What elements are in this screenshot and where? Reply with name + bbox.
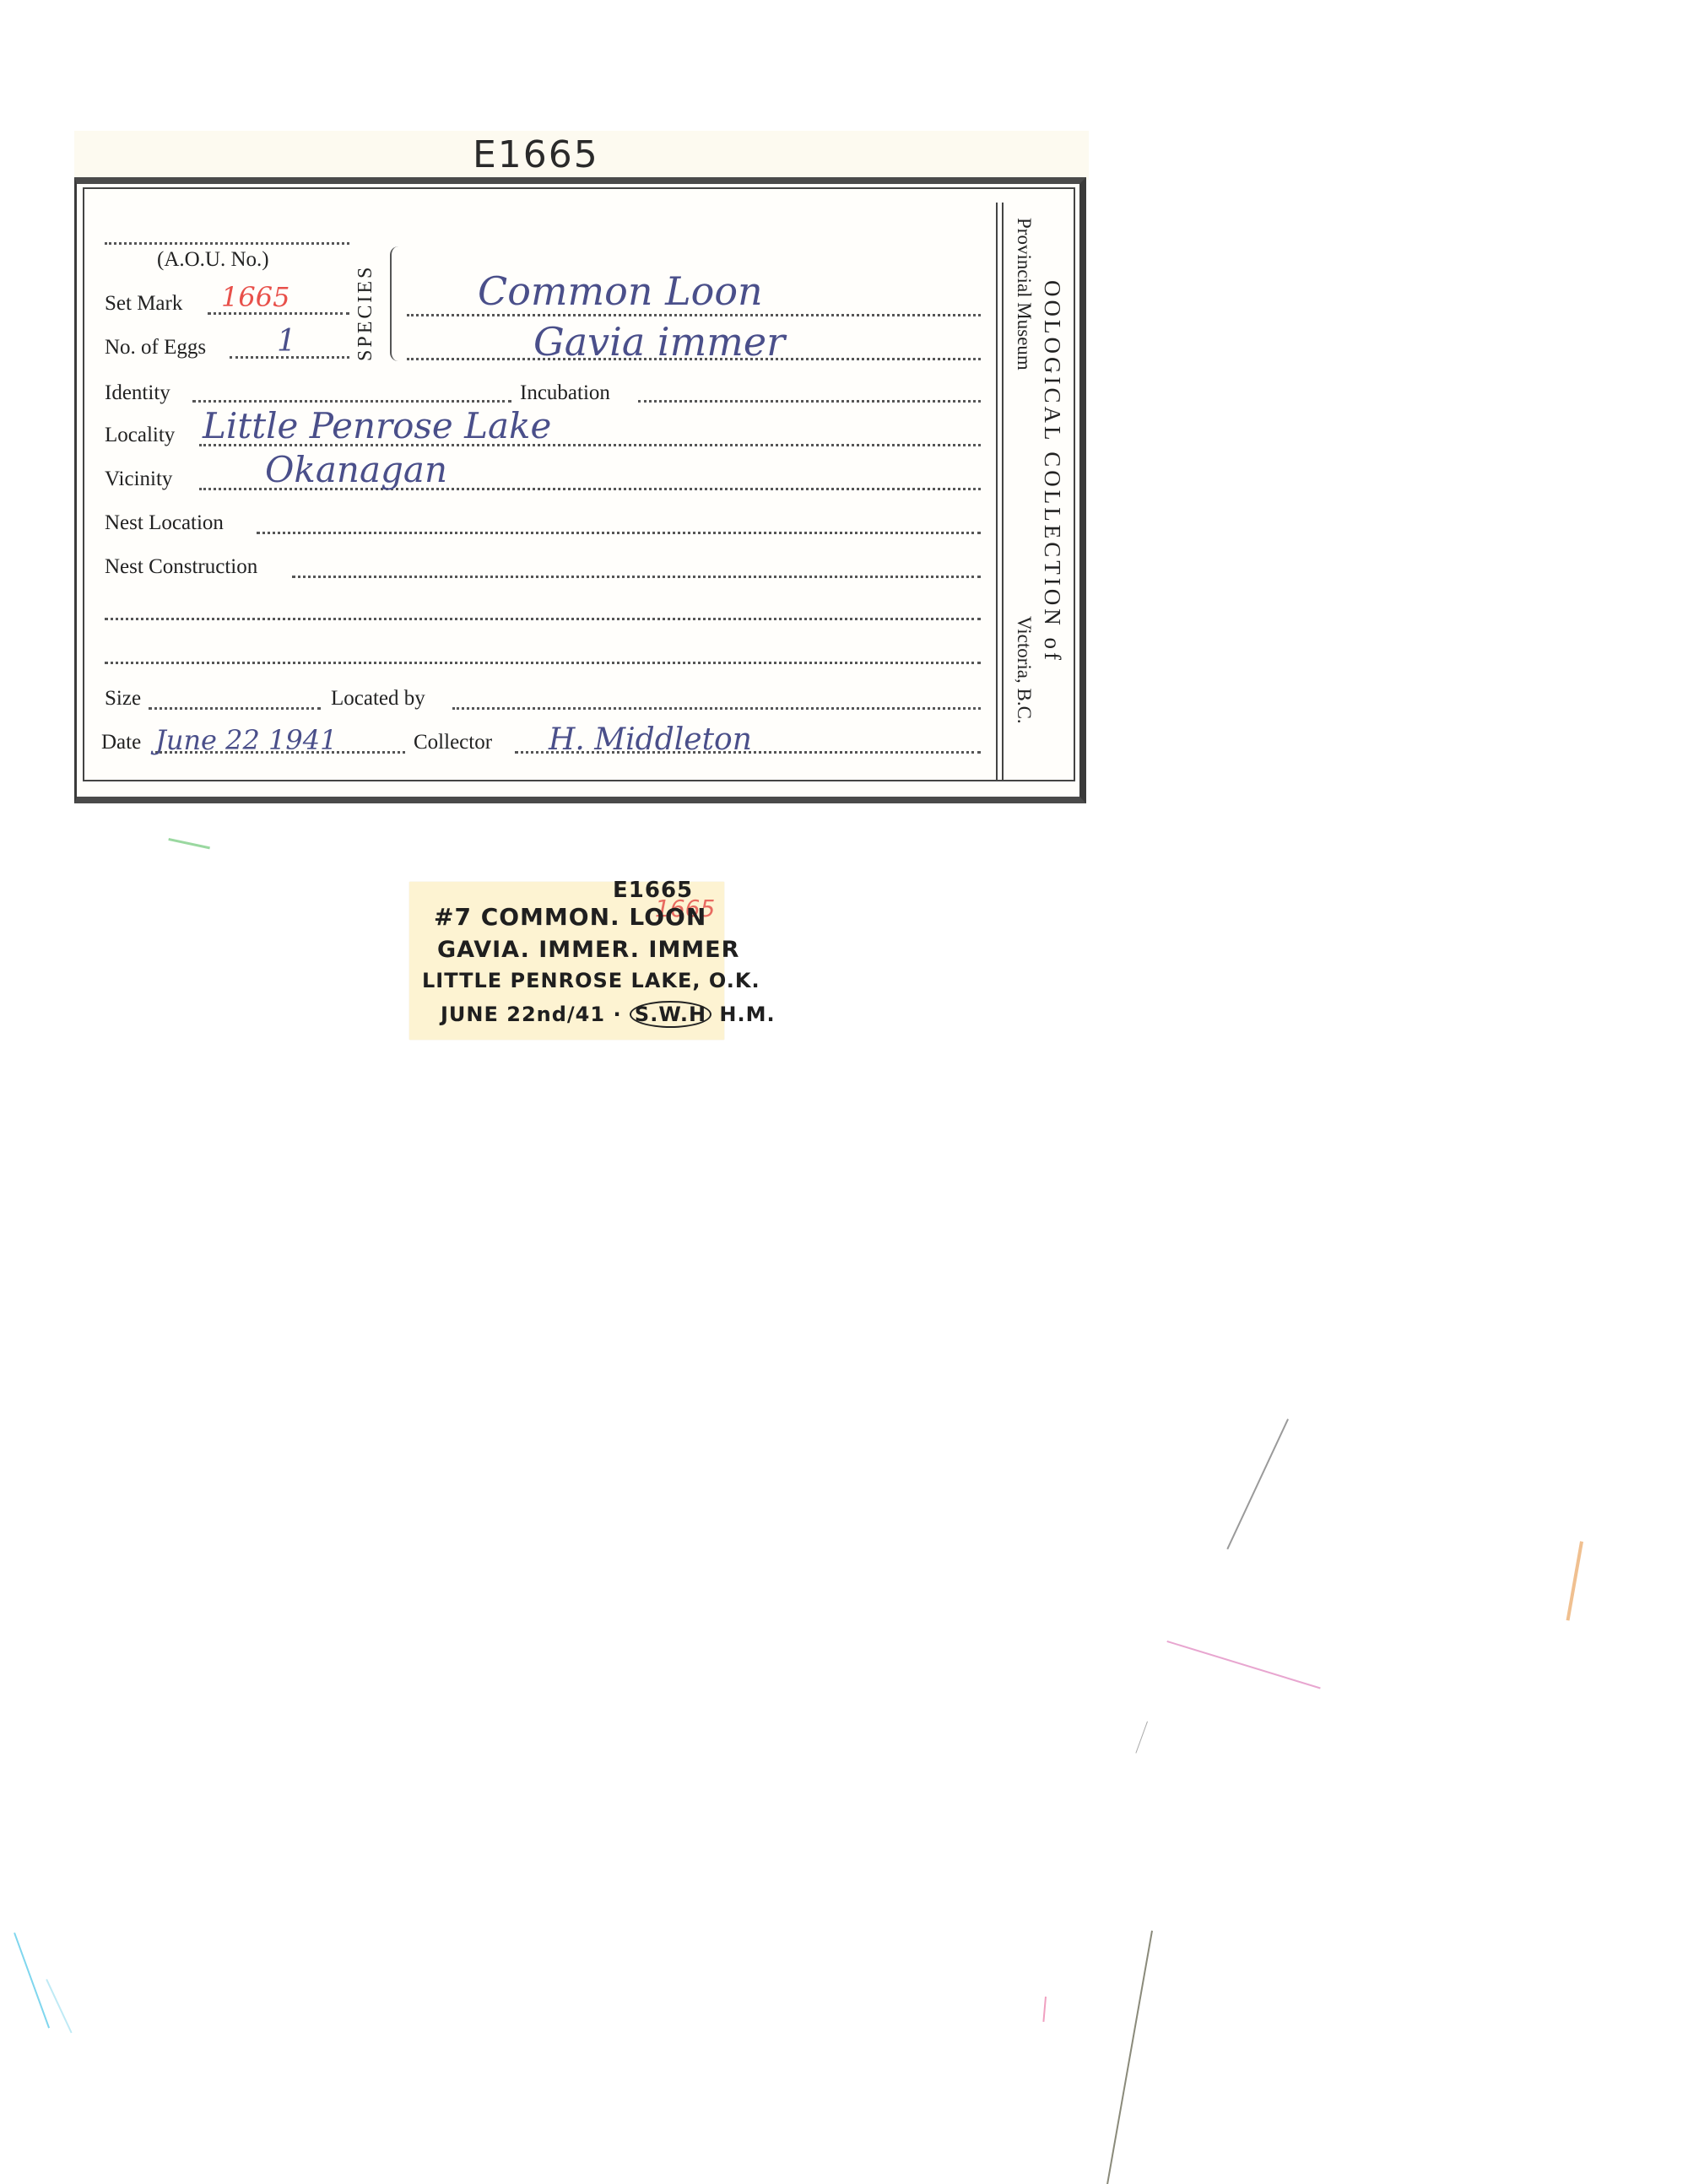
aou-label: (A.O.U. No.) — [157, 248, 269, 272]
slip-line-species: #7 COMMON. LOON — [434, 903, 706, 931]
side-divider — [1002, 203, 1004, 781]
species-label: SPECIES — [354, 265, 377, 361]
slip-line-scientific: GAVIA. IMMER. IMMER — [437, 937, 739, 963]
no-of-eggs-value: 1 — [277, 324, 296, 359]
slip-line-date: JUNE 22nd/41 · S.W.H H.M. — [441, 1003, 776, 1026]
incubation-label: Incubation — [520, 381, 610, 405]
scan-mark — [1135, 1722, 1148, 1754]
collector-label: Collector — [414, 731, 492, 754]
scan-mark — [1106, 1931, 1153, 2184]
species-common-value: Common Loon — [478, 268, 763, 314]
side-divider — [996, 203, 998, 781]
nest-location-label: Nest Location — [105, 511, 224, 535]
side-subtitle-location: Victoria, B.C. — [1013, 616, 1035, 724]
aou-number-line — [105, 242, 349, 245]
scan-mark — [1042, 1997, 1047, 2022]
catalog-number: E1665 — [473, 133, 599, 176]
no-of-eggs-label: No. of Eggs — [105, 336, 206, 359]
blank-line — [105, 662, 981, 664]
scan-mark — [1566, 1541, 1583, 1620]
scan-mark — [46, 1979, 72, 2033]
incubation-line — [638, 400, 981, 403]
located-by-line — [452, 707, 981, 710]
date-label: Date — [101, 731, 141, 754]
species-common-line — [407, 314, 981, 316]
set-mark-value: 1665 — [221, 281, 289, 313]
set-mark-label: Set Mark — [105, 292, 182, 316]
slip-line-locality: LITTLE PENROSE LAKE, O.K. — [422, 969, 760, 992]
side-subtitle-museum: Provincial Museum — [1013, 218, 1035, 370]
scan-mark — [168, 838, 210, 849]
collector-value: H. Middleton — [549, 722, 752, 757]
locality-value: Little Penrose Lake — [203, 405, 551, 446]
blank-line — [105, 618, 981, 620]
date-value: June 22 1941 — [155, 724, 337, 756]
slip-date: JUNE 22nd/41 · — [441, 1003, 622, 1026]
size-line — [149, 707, 321, 710]
species-brace — [390, 246, 400, 361]
identity-label: Identity — [105, 381, 170, 405]
size-label: Size — [105, 687, 141, 711]
scan-mark — [14, 1933, 50, 2028]
vicinity-label: Vicinity — [105, 468, 172, 491]
locality-label: Locality — [105, 424, 175, 447]
scan-mark — [1226, 1419, 1289, 1549]
vicinity-value: Okanagan — [265, 449, 447, 490]
slip-collector-initials: H.M. — [719, 1003, 775, 1026]
side-title: OOLOGICAL COLLECTION of — [1039, 280, 1065, 663]
slip-circled-initials: S.W.H — [630, 1001, 711, 1028]
species-scientific-value: Gavia immer — [533, 319, 785, 365]
nest-construction-label: Nest Construction — [105, 555, 257, 579]
located-by-label: Located by — [331, 687, 425, 711]
scan-mark — [1166, 1641, 1320, 1689]
identity-line — [192, 400, 511, 403]
nest-location-line — [257, 532, 981, 534]
nest-construction-line — [292, 576, 981, 578]
